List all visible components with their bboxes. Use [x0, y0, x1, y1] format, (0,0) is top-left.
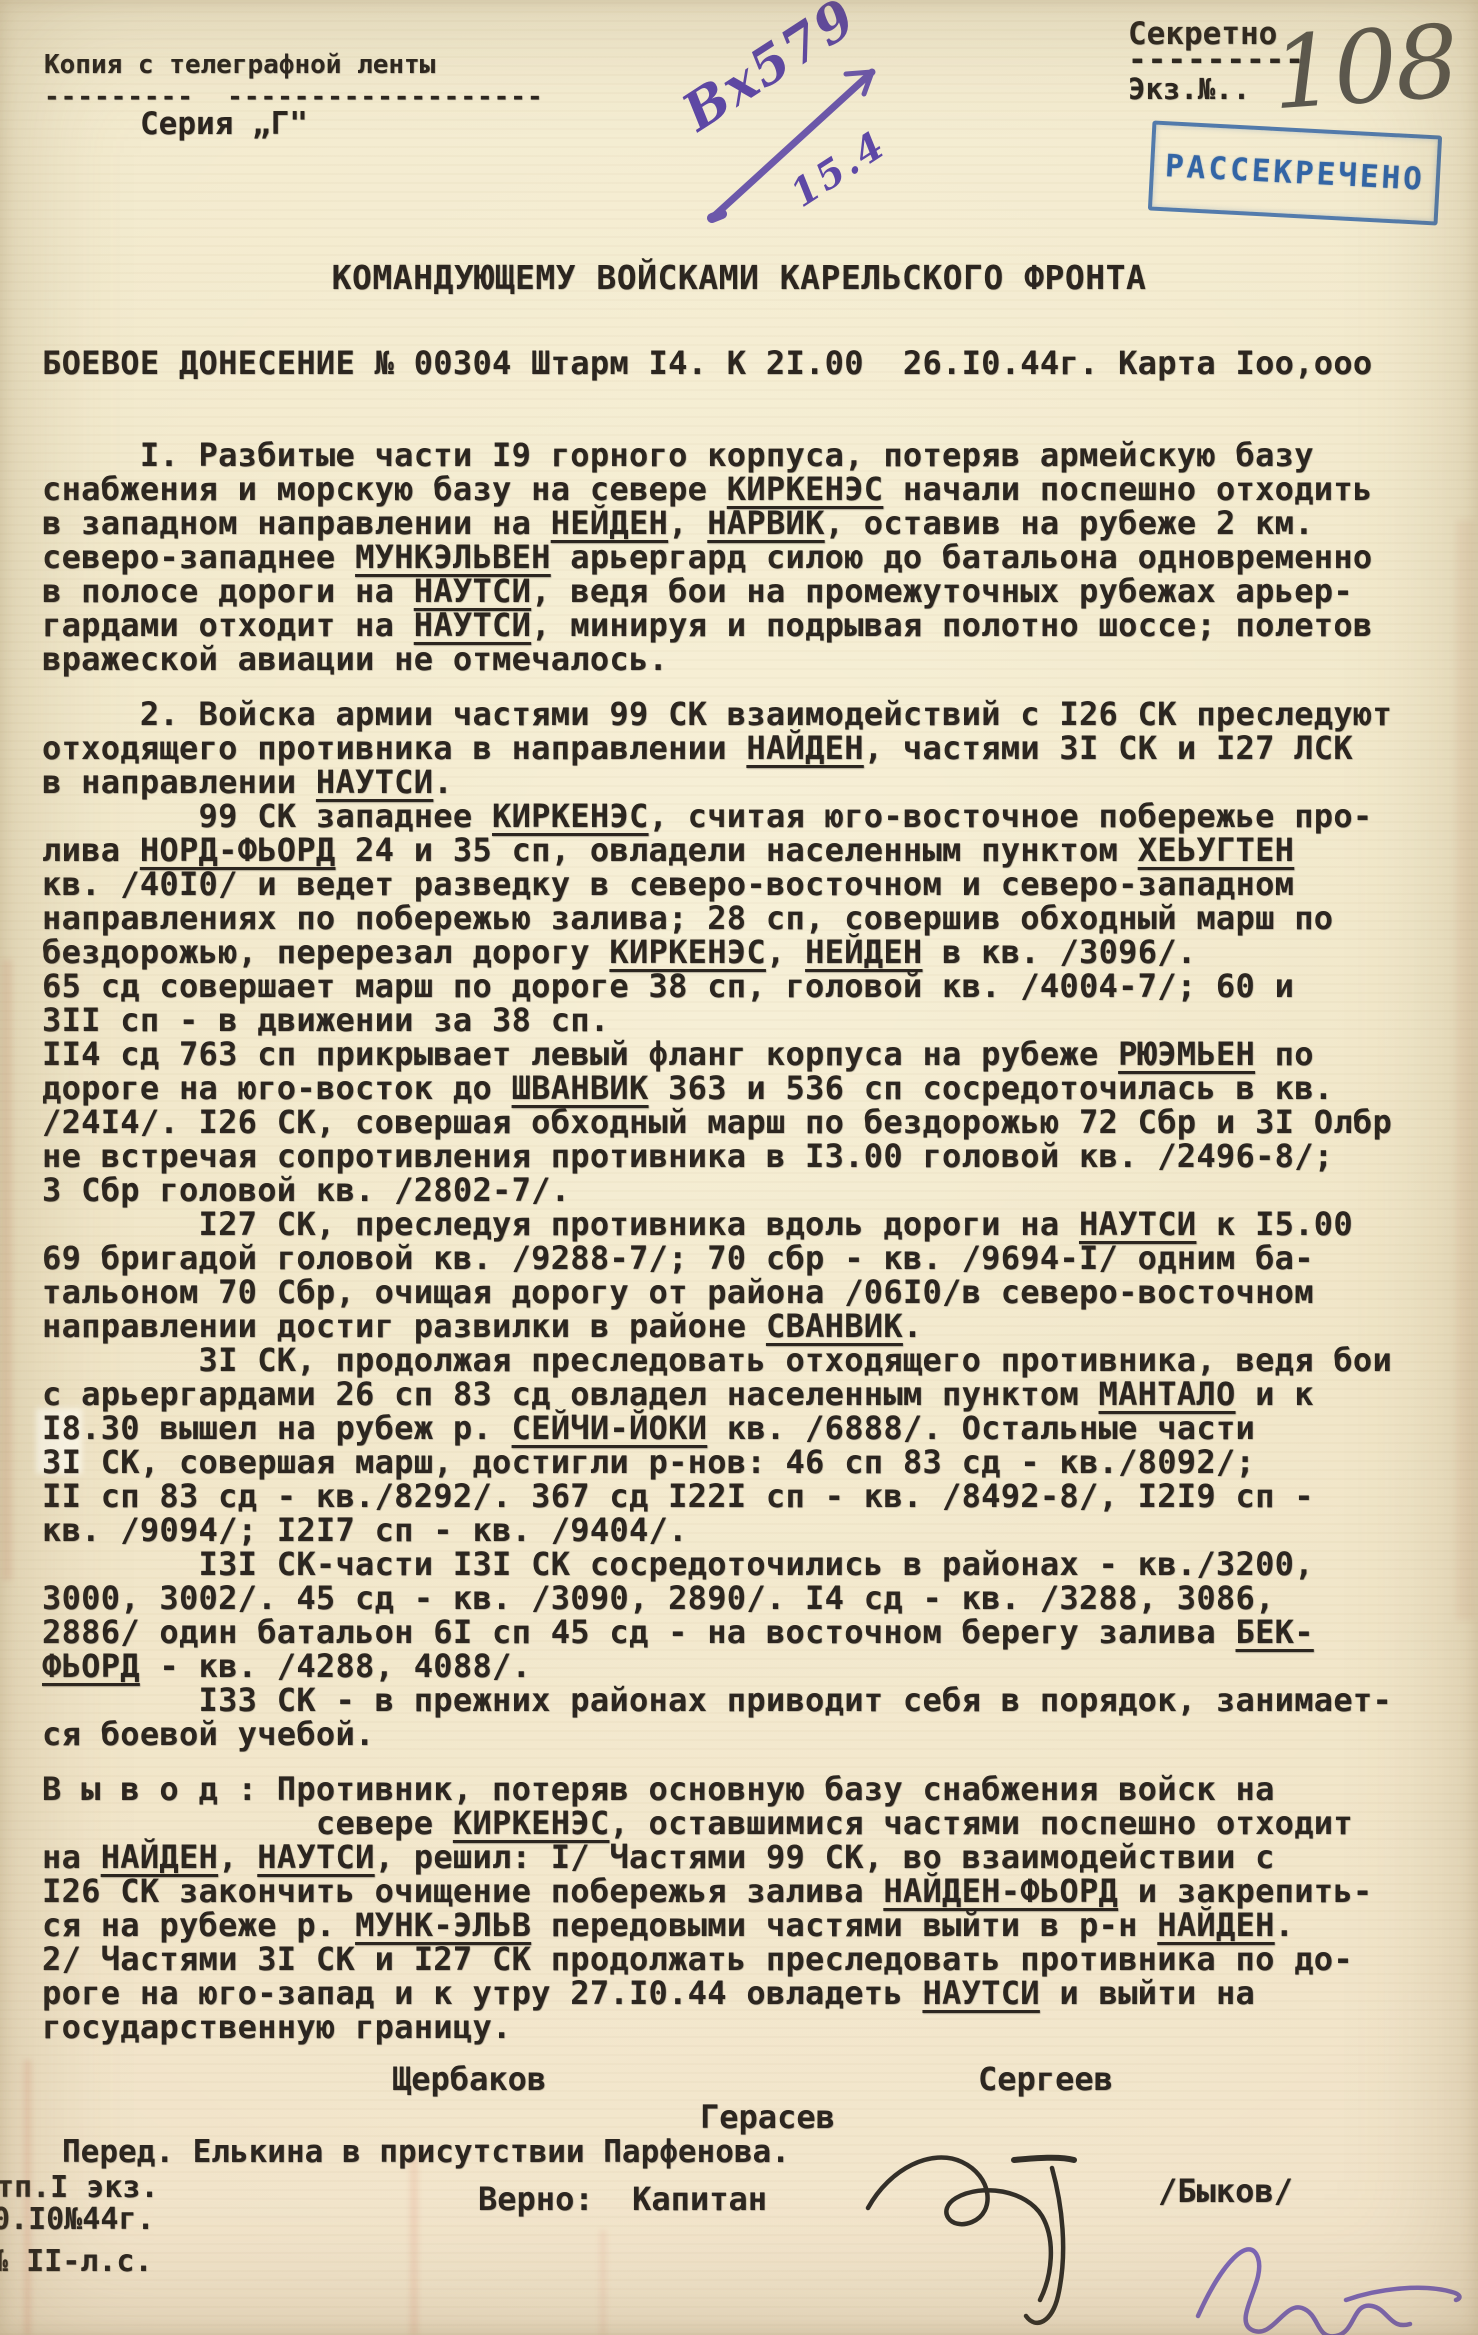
body-line: кв. /9094/; I2I7 сп - кв. /9404/.	[42, 1513, 1467, 1547]
body-line: I3I СК-части I3I СК сосредоточились в ра…	[42, 1547, 1467, 1581]
approver-signature-ink	[1198, 2249, 1459, 2335]
body-line: 2/ Частями 3I СК и I27 СК продолжать пре…	[42, 1942, 1467, 1976]
body-line: направлении достиг развилки в районе СВА…	[42, 1309, 1467, 1343]
body-line: государственную границу.	[42, 2010, 1467, 2044]
signature-name-member: Сергеев	[978, 2060, 1113, 2098]
body-line: вражеской авиации не отмечалось.	[42, 642, 1467, 676]
body-line: роге на юго-запад и к утру 27.I0.44 овла…	[42, 1976, 1467, 2010]
body-line: не встречая сопротивления противника в I…	[42, 1139, 1467, 1173]
series-label: Серия „Г"	[140, 106, 308, 142]
body-line: 3II сп - в движении за 38 сп.	[42, 1003, 1467, 1037]
scan-artifact-streak	[2, 960, 12, 1580]
body-line: кв. /40I0/ и ведет разведку в северо-вос…	[42, 867, 1467, 901]
margin-note-copies: тп.I экз.	[0, 2170, 159, 2205]
body-line: I8.30 вышел на рубеж р. СЕЙЧИ-ЙОКИ кв. /…	[42, 1411, 1467, 1445]
body-line: ся на рубеже р. МУНК-ЭЛЬВ передовыми час…	[42, 1908, 1467, 1942]
body-line: в полосе дороги на НАУТСИ, ведя бои на п…	[42, 574, 1467, 608]
body-line: I26 СК закончить очищение побережья зали…	[42, 1874, 1467, 1908]
body-line: /24I4/. I26 СК, совершая обходный марш п…	[42, 1105, 1467, 1139]
incoming-number-handwritten: Вх579	[672, 0, 868, 143]
certified-label: Верно: Капитан	[478, 2180, 767, 2218]
copy-note: Копия с телеграфной ленты	[44, 50, 435, 80]
body-line: лива НОРД-ФЬОРД 24 и 35 сп, овладели нас…	[42, 833, 1467, 867]
body-line: II4 сд 763 сп прикрывает левый фланг кор…	[42, 1037, 1467, 1071]
signature-name-commander: Щербаков	[392, 2060, 546, 2098]
scan-artifact-streak	[410, 2150, 418, 2335]
body-line: отходящего противника в направлении НАЙД…	[42, 731, 1467, 765]
copy-number-handwritten: 108	[1269, 12, 1460, 125]
body-line: В ы в о д : Противник, потеряв основную …	[42, 1772, 1467, 1806]
body-line: на НАЙДЕН, НАУТСИ, решил: I/ Частями 99 …	[42, 1840, 1467, 1874]
body-line: направлениях по побережью залива; 28 сп,…	[42, 901, 1467, 935]
body-line: ФЬОРД - кв. /4288, 4088/.	[42, 1649, 1467, 1683]
body-line: 3I СК, совершая марш, достигли р-нов: 46…	[42, 1445, 1467, 1479]
body-line: гардами отходит на НАУТСИ, минируя и под…	[42, 608, 1467, 642]
body-line: северо-западнее МУНКЭЛЬВЕН арьергард сил…	[42, 540, 1467, 574]
body-line	[42, 676, 1467, 697]
body-line: дороге на юго-восток до ШВАНВИК 363 и 53…	[42, 1071, 1467, 1105]
certified-name: /Быков/	[1158, 2172, 1293, 2210]
body-line	[42, 1751, 1467, 1772]
body-line: 65 сд совершает марш по дороге 38 сп, го…	[42, 969, 1467, 1003]
body-line: 2. Войска армии частями 99 СК взаимодейс…	[42, 697, 1467, 731]
body-line: тальоном 70 Сбр, очищая дорогу от района…	[42, 1275, 1467, 1309]
declassified-stamp: РАССЕКРЕЧЕНО	[1148, 120, 1442, 225]
body-line: ся боевой учебой.	[42, 1717, 1467, 1751]
document-title: КОМАНДУЮЩЕМУ ВОЙСКАМИ КАРЕЛЬСКОГО ФРОНТА	[0, 258, 1478, 297]
body-line: севере КИРКЕНЭС, оставшимися частями пос…	[42, 1806, 1467, 1840]
body-line: 3I СК, продолжая преследовать отходящего…	[42, 1343, 1467, 1377]
body-line: в западном направлении на НЕЙДЕН, НАРВИК…	[42, 506, 1467, 540]
transmission-note: Перед. Елькина в присутствии Парфенова.	[62, 2134, 790, 2170]
incoming-date-handwritten: 15.4	[782, 121, 894, 216]
body-line: I33 СК - в прежних районах приводит себя…	[42, 1683, 1467, 1717]
report-body: I. Разбитые части I9 горного корпуса, по…	[42, 438, 1467, 2044]
body-line: 2886/ один батальон 6I сп 45 сд - на вос…	[42, 1615, 1467, 1649]
body-line: 3000, 3002/. 45 сд - кв. /3090, 2890/. I…	[42, 1581, 1467, 1615]
body-line: бездорожью, перерезал дорогу КИРКЕНЭС, Н…	[42, 935, 1467, 969]
body-line: 3 Сбр головой кв. /2802-7/.	[42, 1173, 1467, 1207]
body-line: в направлении НАУТСИ.	[42, 765, 1467, 799]
body-line: I. Разбитые части I9 горного корпуса, по…	[42, 438, 1467, 472]
report-heading: БОЕВОЕ ДОНЕСЕНИЕ № 00304 Штарм I4. К 2I.…	[42, 344, 1372, 382]
scan-artifact-streak	[600, 2230, 606, 2335]
copy-number-label: Экз.№..	[1128, 72, 1250, 106]
body-line: с арьергардами 26 сп 83 сд овладел насел…	[42, 1377, 1467, 1411]
body-line: 69 бригадой головой кв. /9288-7/; 70 сбр…	[42, 1241, 1467, 1275]
document-page: Копия с телеграфной ленты --------- ----…	[0, 0, 1478, 2335]
declassified-stamp-text: РАССЕКРЕЧЕНО	[1164, 148, 1425, 198]
captain-signature-ink	[868, 2158, 1074, 2323]
margin-note-date: 0.I0№44г.	[0, 2202, 155, 2237]
body-line: II сп 83 сд - кв./8292/. 367 сд I22I сп …	[42, 1479, 1467, 1513]
signature-name-chief-of-staff: Герасев	[700, 2098, 835, 2136]
body-line: снабжения и морскую базу на севере КИРКЕ…	[42, 472, 1467, 506]
margin-note-number: № II-л.с.	[0, 2244, 153, 2279]
body-line: 99 СК западнее КИРКЕНЭС, считая юго-вост…	[42, 799, 1467, 833]
body-line: I27 СК, преследуя противника вдоль дорог…	[42, 1207, 1467, 1241]
